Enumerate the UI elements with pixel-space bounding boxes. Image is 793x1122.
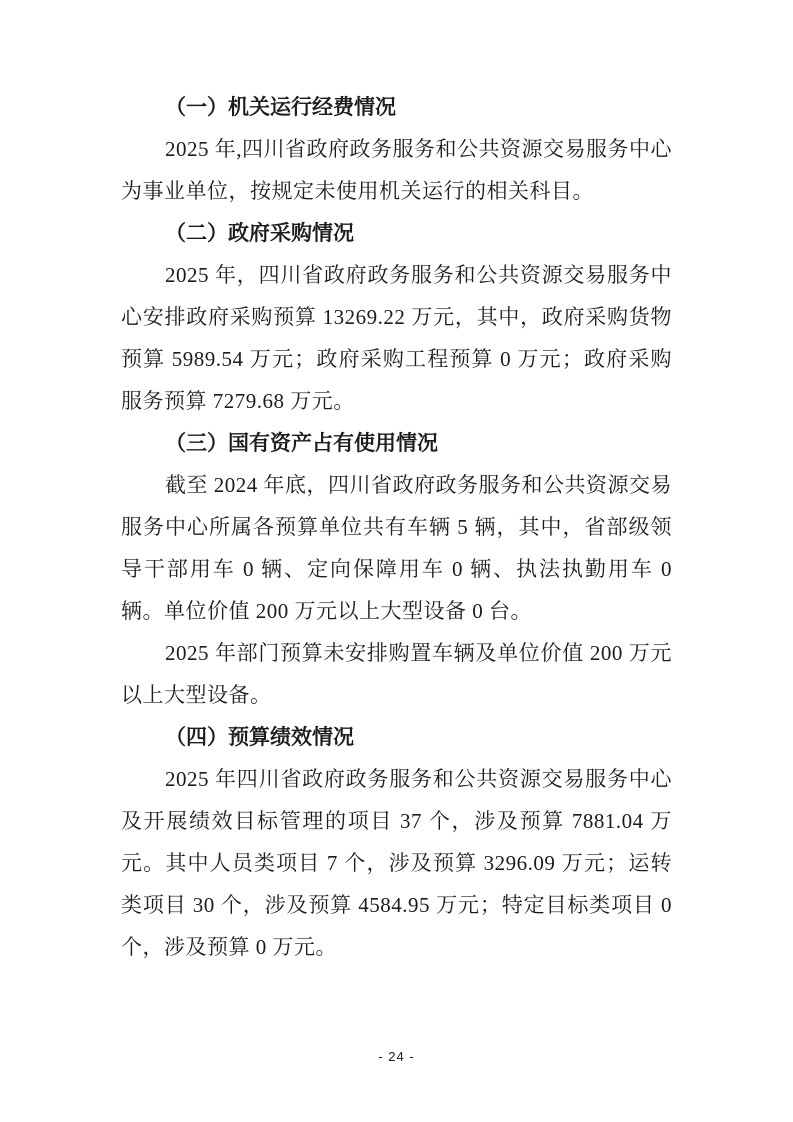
document-page: （一）机关运行经费情况 2025 年,四川省政府政务服务和公共资源交易服务中心为… [0,0,793,1122]
paragraph-government-procurement: 2025 年，四川省政府政务服务和公共资源交易服务中心安排政府采购预算 1326… [121,254,672,422]
paragraph-state-assets-no-purchases: 2025 年部门预算未安排购置车辆及单位价值 200 万元以上大型设备。 [121,632,672,716]
section-heading-agency-operating-funds: （一）机关运行经费情况 [121,86,672,128]
paragraph-budget-performance: 2025 年四川省政府政务服务和公共资源交易服务中心及开展绩效目标管理的项目 3… [121,758,672,968]
section-heading-state-assets: （三）国有资产占有使用情况 [121,422,672,464]
paragraph-agency-operating-funds: 2025 年,四川省政府政务服务和公共资源交易服务中心为事业单位，按规定未使用机… [121,128,672,212]
section-heading-budget-performance: （四）预算绩效情况 [121,716,672,758]
document-content: （一）机关运行经费情况 2025 年,四川省政府政务服务和公共资源交易服务中心为… [121,86,672,968]
section-heading-government-procurement: （二）政府采购情况 [121,212,672,254]
paragraph-state-assets-vehicles: 截至 2024 年底，四川省政府政务服务和公共资源交易服务中心所属各预算单位共有… [121,464,672,632]
page-number: - 24 - [0,1049,793,1064]
